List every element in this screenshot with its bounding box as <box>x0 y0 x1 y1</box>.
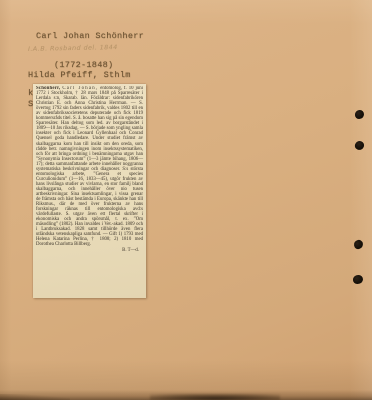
ink-dot <box>355 110 364 119</box>
clipping-text: Schönherr, Carl Johan, entomolog, f. 10 … <box>36 86 143 253</box>
bottom-smudge <box>150 394 280 400</box>
typed-name: Carl Johan Schönherr <box>36 32 144 42</box>
newspaper-clipping: Schönherr, Carl Johan, entomolog, f. 10 … <box>33 84 146 298</box>
ink-dot <box>354 140 366 152</box>
bottom-left-shadow <box>0 394 70 400</box>
photographer-credit: Hilda Pfeiff, Sthlm <box>28 71 131 81</box>
clipping-body: entomolog, f. 10 juni 1772 i Stockholm, … <box>36 86 143 247</box>
archive-page: Carl Johan Schönherr (1772-1848) kommers… <box>0 0 372 400</box>
ink-dot <box>353 275 363 284</box>
clipping-signature: B. T—d. <box>36 248 143 253</box>
ink-dot <box>353 239 364 250</box>
